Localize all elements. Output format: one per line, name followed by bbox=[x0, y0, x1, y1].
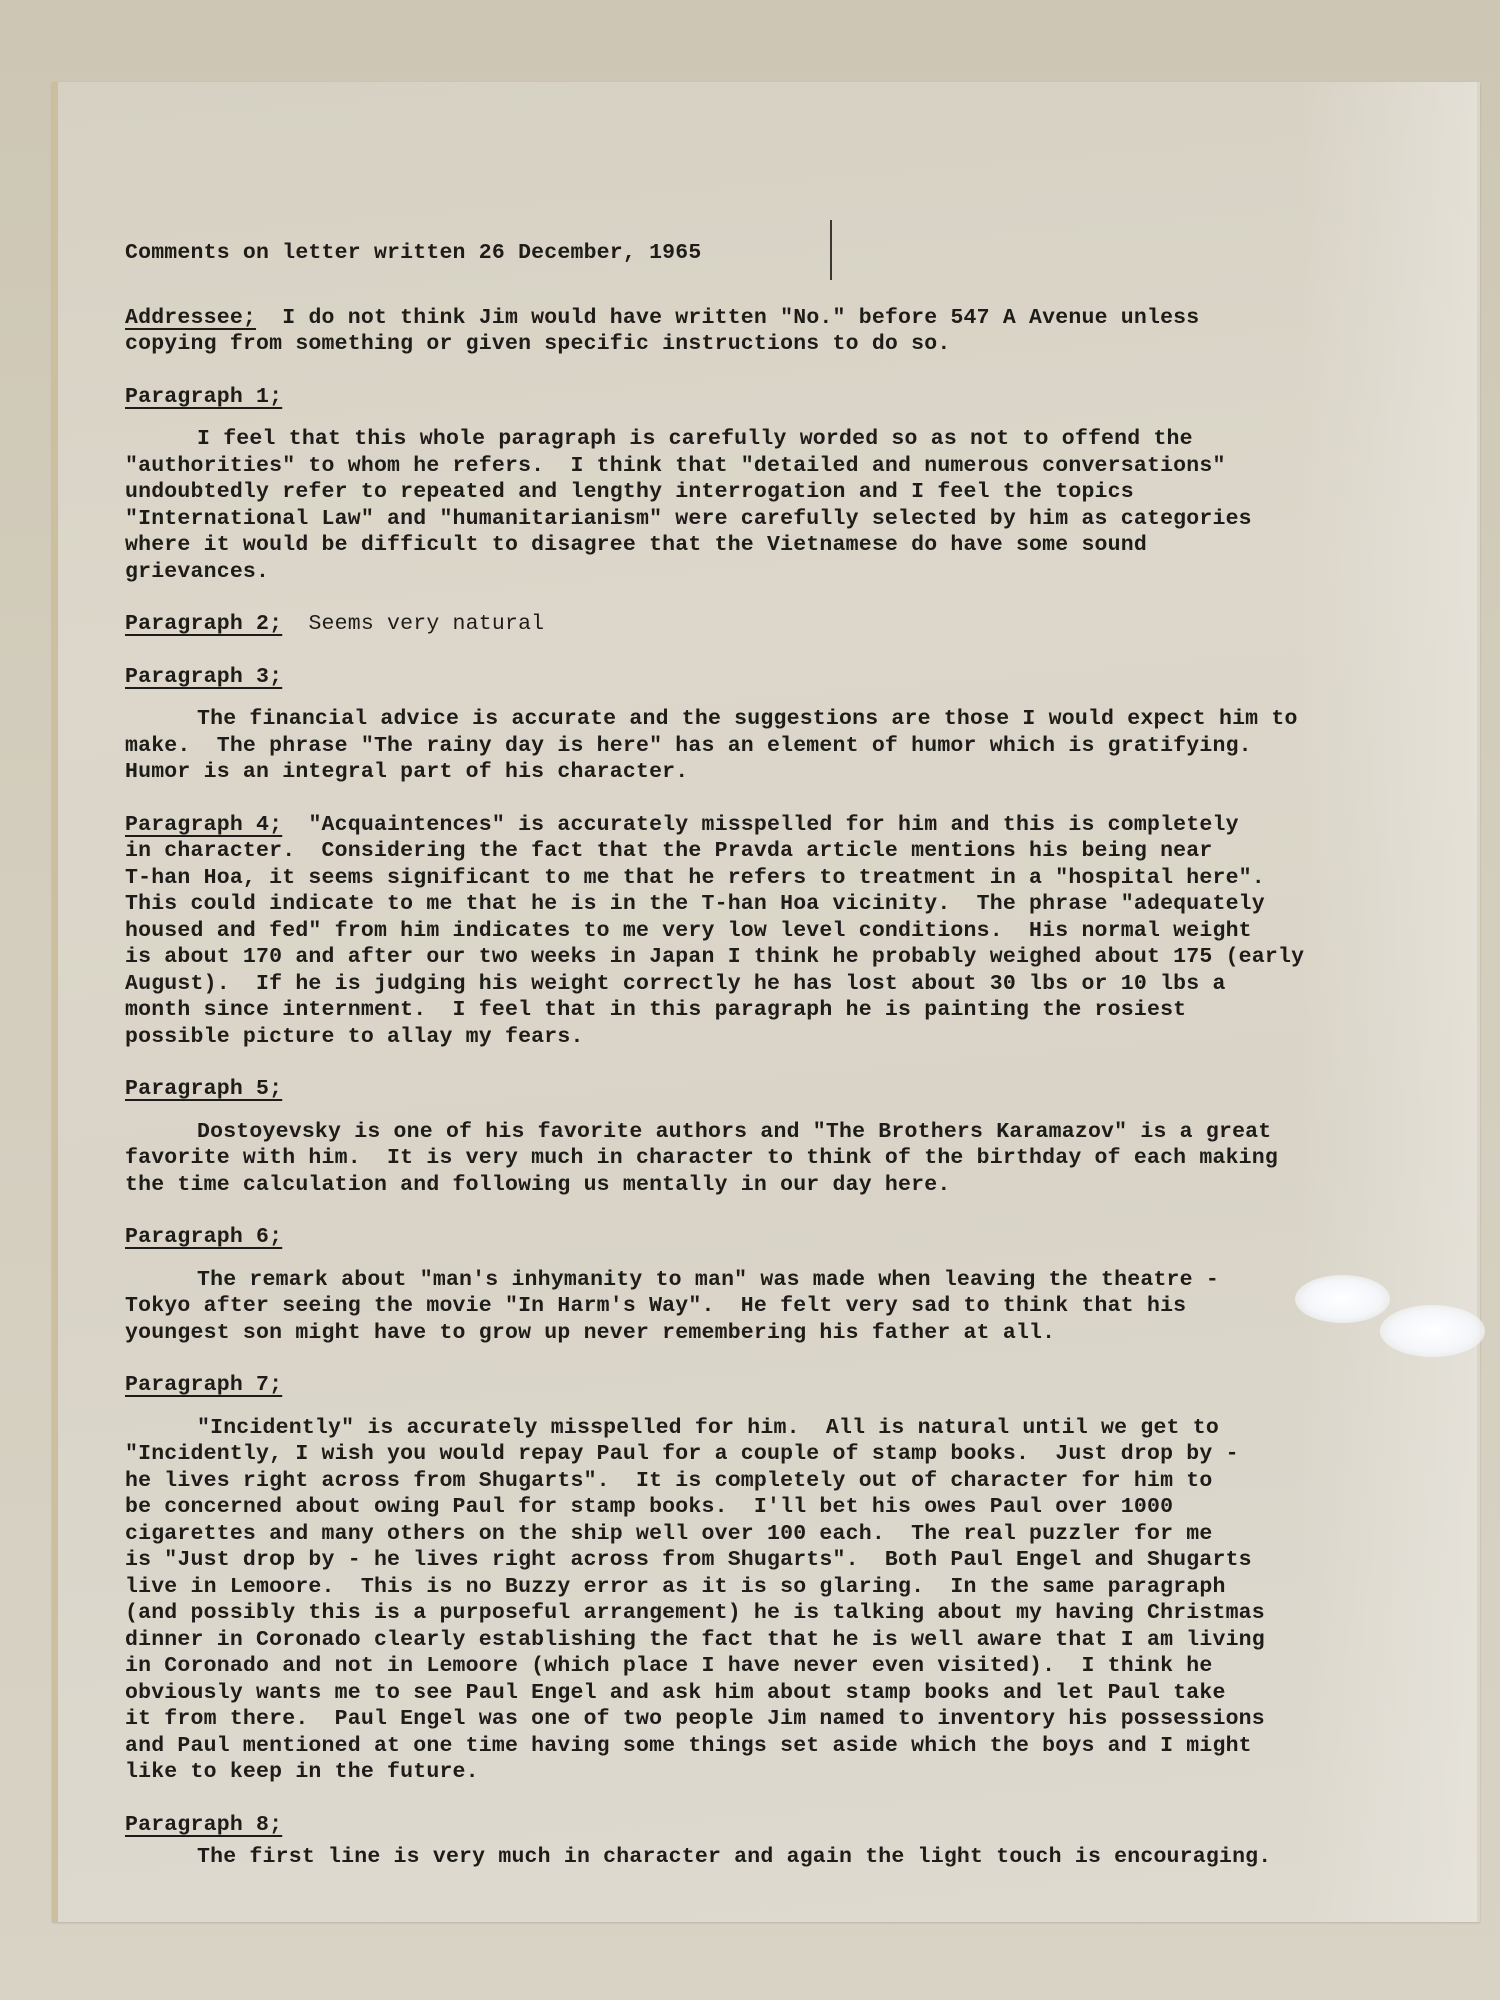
section-paragraph-1: Paragraph 1; I feel that this whole para… bbox=[125, 384, 1445, 586]
section-body: "Acquaintences" is accurately misspelled… bbox=[125, 813, 1304, 1049]
section-heading: Paragraph 1; bbox=[125, 384, 282, 411]
section-body: I feel that this whole paragraph is care… bbox=[125, 426, 1445, 585]
section-paragraph-6: Paragraph 6; The remark about "man's inh… bbox=[125, 1224, 1445, 1346]
section-paragraph-3: Paragraph 3; The financial advice is acc… bbox=[125, 664, 1445, 786]
section-heading: Paragraph 7; bbox=[125, 1372, 282, 1399]
section-paragraph-7: Paragraph 7; "Incidently" is accurately … bbox=[125, 1372, 1445, 1786]
section-heading: Paragraph 3; bbox=[125, 664, 282, 691]
section-paragraph-8: Paragraph 8; The first line is very much… bbox=[125, 1812, 1445, 1871]
typed-document: Comments on letter written 26 December, … bbox=[125, 240, 1445, 1897]
section-paragraph-5: Paragraph 5; Dostoyevsky is one of his f… bbox=[125, 1076, 1445, 1198]
section-body: I do not think Jim would have written "N… bbox=[125, 306, 1199, 357]
section-body: The first line is very much in character… bbox=[125, 1844, 1445, 1871]
section-heading: Paragraph 8; bbox=[125, 1812, 282, 1839]
section-heading: Paragraph 6; bbox=[125, 1224, 282, 1251]
section-heading: Paragraph 5; bbox=[125, 1076, 282, 1103]
section-body: The remark about "man's inhymanity to ma… bbox=[125, 1267, 1445, 1347]
section-body: Seems very natural bbox=[282, 612, 544, 636]
light-glare bbox=[1380, 1305, 1485, 1357]
section-heading: Paragraph 2; bbox=[125, 611, 282, 638]
section-heading: Addressee; bbox=[125, 305, 256, 332]
section-body: The financial advice is accurate and the… bbox=[125, 706, 1445, 786]
section-paragraph-2: Paragraph 2; Seems very natural bbox=[125, 611, 1445, 638]
document-title: Comments on letter written 26 December, … bbox=[125, 240, 1445, 267]
section-body: Dostoyevsky is one of his favorite autho… bbox=[125, 1119, 1445, 1199]
section-body: "Incidently" is accurately misspelled fo… bbox=[125, 1415, 1445, 1786]
light-glare bbox=[1295, 1275, 1390, 1323]
section-heading: Paragraph 4; bbox=[125, 812, 282, 839]
section-paragraph-4: Paragraph 4; "Acquaintences" is accurate… bbox=[125, 812, 1445, 1051]
section-addressee: Addressee; I do not think Jim would have… bbox=[125, 305, 1445, 358]
